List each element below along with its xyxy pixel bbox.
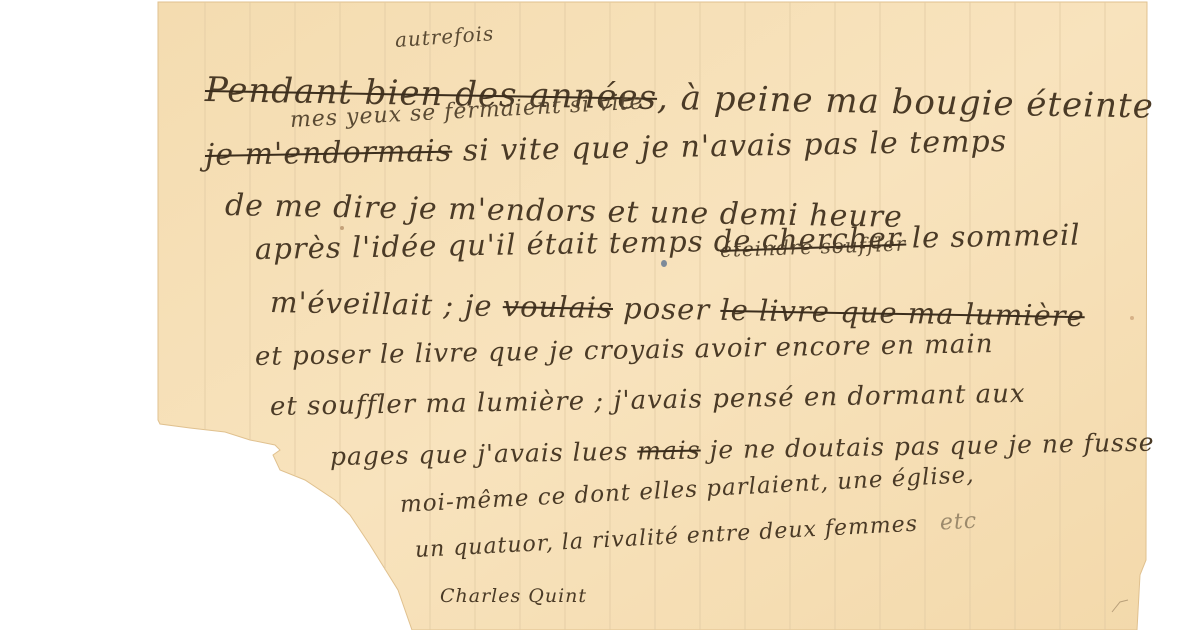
line-text: pages que j'avais lues [330, 437, 638, 471]
deleted-text: voulais [502, 289, 613, 325]
stain-spot [340, 226, 344, 230]
line-text: Charles Quint [440, 585, 587, 607]
deleted-text: je m'endormais [205, 134, 453, 173]
deleted-text: mais [637, 436, 701, 466]
deleted-text: le livre que ma lumière [720, 293, 1085, 333]
manuscript-page: autrefois Pendant bien des années, à pei… [0, 0, 1200, 630]
line-text: poser [613, 291, 721, 327]
ink-spot [661, 260, 667, 267]
stain-spot [1130, 316, 1134, 320]
manuscript-line-12: Charles Quint [440, 585, 587, 607]
margin-note: etc [939, 509, 977, 536]
line-text: m'éveillait ; je [270, 285, 503, 323]
